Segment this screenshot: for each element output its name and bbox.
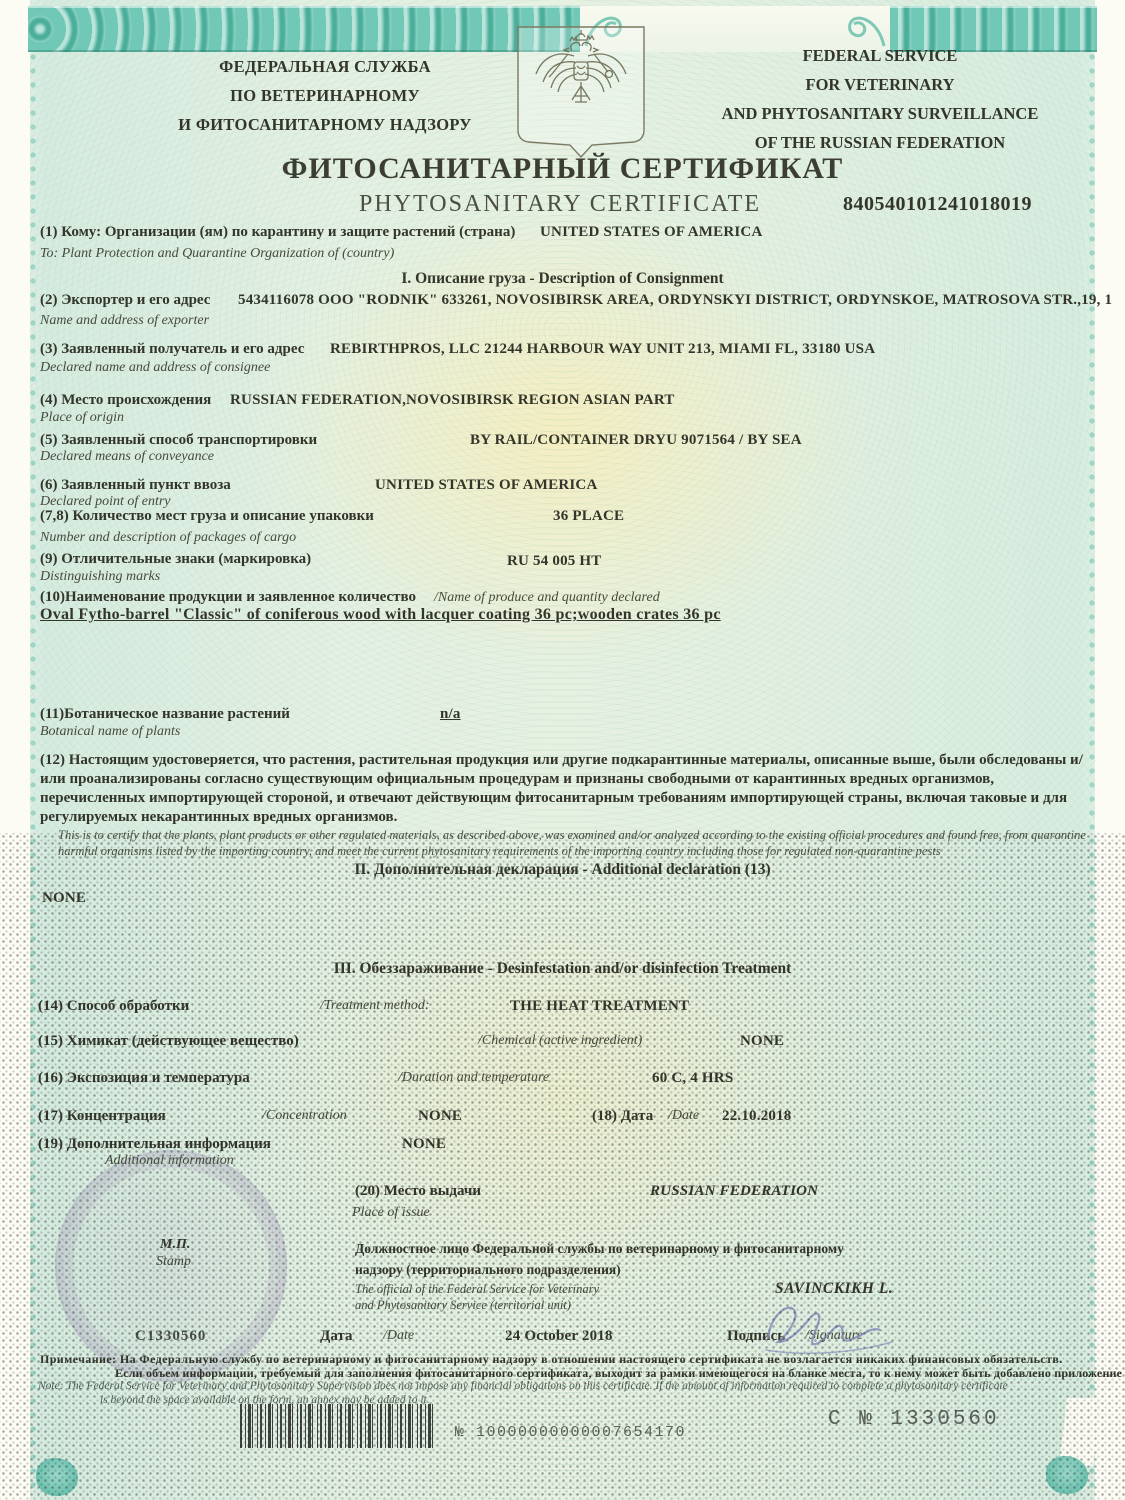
field-9-label: (9) Отличительные знаки (маркировка): [40, 551, 311, 568]
official-title-en-line2: and Phytosanitary Service (territorial u…: [355, 1298, 571, 1313]
field-1-sublabel: To: Plant Protection and Quarantine Orga…: [40, 246, 394, 262]
field-10-label: (10)Наименование продукции и заявленное …: [40, 589, 416, 605]
field-14-sublabel: /Treatment method:: [320, 998, 430, 1014]
series-number: С № 1330560: [828, 1408, 1000, 1431]
field-16-sublabel: /Duration and temperature: [398, 1070, 549, 1086]
official-title-ru-line1: Должностное лицо Федеральной службы по в…: [355, 1241, 844, 1257]
field-6-label: (6) Заявленный пункт ввоза: [40, 477, 231, 494]
certification-statement-ru: (12) Настоящим удостоверяется, что расте…: [40, 751, 1092, 827]
right-white-margin: [1095, 0, 1125, 1500]
issuer-name-ru-line2: ПО ВЕТЕРИНАРНОМУ: [125, 86, 525, 106]
field-5-label: (5) Заявленный способ транспортировки: [40, 432, 317, 449]
handwritten-signature: [760, 1296, 910, 1363]
field-15-sublabel: /Chemical (active ingredient): [478, 1033, 642, 1049]
issuer-name-en-line2: FOR VETERINARY: [660, 75, 1100, 95]
field-17-value: NONE: [418, 1108, 462, 1125]
field-1-label: (1) Кому: Организации (ям) по карантину …: [40, 224, 515, 241]
issuer-name-en-line4: OF THE RUSSIAN FEDERATION: [660, 133, 1100, 153]
field-2-label: (2) Экспортер и его адрес: [40, 292, 210, 309]
field-16-value: 60 C, 4 HRS: [652, 1070, 733, 1087]
date-label-en: /Date: [383, 1328, 414, 1344]
issuer-name-ru-line3: И ФИТОСАНИТАРНОМУ НАДЗОРУ: [125, 115, 525, 135]
coat-of-arms: [508, 24, 654, 165]
field-20-value: RUSSIAN FEDERATION: [650, 1183, 818, 1200]
field-10-sublabel: /Name of produce and quantity declared: [434, 590, 660, 605]
field-11-label: (11)Ботаническое название растений: [40, 706, 290, 723]
right-lace-border: [1087, 8, 1097, 1492]
date-label-ru: Дата: [320, 1328, 352, 1345]
phytosanitary-certificate-page: ФЕДЕРАЛЬНАЯ СЛУЖБА ПО ВЕТЕРИНАРНОМУ И ФИ…: [0, 0, 1125, 1500]
field-7-8-sublabel: Number and description of packages of ca…: [40, 530, 296, 546]
field-14-label: (14) Способ обработки: [38, 998, 189, 1015]
field-4-value: RUSSIAN FEDERATION,NOVOSIBIRSK REGION AS…: [230, 392, 675, 409]
bottom-right-ornament: [1046, 1456, 1088, 1494]
field-20-label: (20) Место выдачи: [355, 1183, 481, 1200]
section-heading-3: III. Обеззараживание - Desinfestation an…: [0, 960, 1125, 978]
flourish-icon: [842, 8, 888, 50]
certificate-number: 840540101241018019: [843, 193, 1032, 216]
footnote-en-line1: Note: The Federal Service for Veterinary…: [38, 1380, 1008, 1392]
field-10-row: (10)Наименование продукции и заявленное …: [40, 588, 660, 606]
field-7-8-value: 36 PLACE: [553, 508, 624, 525]
form-serial-code: С1330560: [135, 1328, 206, 1345]
field-16-label: (16) Экспозиция и температура: [38, 1070, 250, 1087]
section-heading-1: I. Описание груза - Description of Consi…: [0, 270, 1125, 288]
field-9-value: RU 54 005 HT: [507, 553, 602, 570]
field-6-value: UNITED STATES OF AMERICA: [375, 477, 597, 494]
field-5-sublabel: Declared means of conveyance: [40, 449, 214, 465]
issuer-name-ru-line1: ФЕДЕРАЛЬНАЯ СЛУЖБА: [125, 57, 525, 77]
field-3-value: REBIRTHPROS, LLC 21244 HARBOUR WAY UNIT …: [330, 341, 875, 358]
field-19-value: NONE: [402, 1136, 446, 1153]
field-15-label: (15) Химикат (действующее вещество): [38, 1033, 299, 1050]
field-7-8-label: (7,8) Количество мест груза и описание у…: [40, 508, 374, 525]
document-title-en: PHYTOSANITARY CERTIFICATE: [210, 191, 910, 218]
field-19-sublabel: Additional information: [105, 1153, 234, 1169]
field-5-value: BY RAIL/CONTAINER DRYU 9071564 / BY SEA: [470, 432, 802, 449]
bottom-left-ornament: [36, 1458, 78, 1496]
field-18-sublabel: /Date: [668, 1108, 699, 1124]
issuer-name-en-line3: AND PHYTOSANITARY SURVEILLANCE: [660, 104, 1100, 124]
field-9-sublabel: Distinguishing marks: [40, 569, 160, 585]
barcode: [240, 1404, 436, 1448]
certification-statement-en: This is to certify that the plants, plan…: [58, 827, 1098, 859]
field-10-value: Oval Fytho-barrel "Classic" of coniferou…: [40, 606, 721, 624]
left-white-margin: [0, 0, 30, 1500]
field-19-label: (19) Дополнительная информация: [38, 1136, 271, 1153]
official-title-ru-line2: надзору (территориального подразделения): [355, 1262, 621, 1278]
field-17-sublabel: /Concentration: [262, 1108, 347, 1124]
field-4-sublabel: Place of origin: [40, 410, 124, 426]
field-11-value: n/a: [440, 706, 461, 723]
footnote-ru-line2: Если объем информации, требуемый для зап…: [115, 1366, 1122, 1381]
issuer-name-en-line1: FEDERAL SERVICE: [660, 46, 1100, 66]
field-1-value: UNITED STATES OF AMERICA: [540, 224, 762, 241]
stamp-label-en: Stamp: [156, 1254, 191, 1270]
field-15-value: NONE: [740, 1033, 784, 1050]
field-3-label: (3) Заявленный получатель и его адрес: [40, 341, 304, 358]
field-18-value: 22.10.2018: [722, 1108, 792, 1125]
field-13-value: NONE: [42, 890, 86, 907]
barcode-number: № 10000000000007654170: [455, 1424, 686, 1441]
section-heading-2: II. Дополнительная декларация - Addition…: [0, 861, 1125, 879]
document-title-ru: ФИТОСАНИТАРНЫЙ СЕРТИФИКАТ: [0, 152, 1125, 186]
field-17-label: (17) Концентрация: [38, 1108, 166, 1125]
field-2-sublabel: Name and address of exporter: [40, 313, 209, 329]
field-20-sublabel: Place of issue: [352, 1205, 430, 1221]
left-lace-border: [28, 8, 38, 1492]
issue-date-value: 24 October 2018: [505, 1328, 613, 1345]
field-3-sublabel: Declared name and address of consignee: [40, 360, 270, 376]
field-14-value: THE HEAT TREATMENT: [510, 998, 689, 1015]
field-18-label: (18) Дата: [592, 1108, 653, 1125]
field-11-sublabel: Botanical name of plants: [40, 724, 180, 740]
stamp-label-ru: М.П.: [160, 1237, 190, 1253]
field-4-label: (4) Место происхождения: [40, 392, 211, 409]
official-title-en-line1: The official of the Federal Service for …: [355, 1282, 599, 1297]
field-2-value: 5434116078 ООО "RODNIK" 633261, NOVOSIBI…: [238, 292, 1112, 309]
